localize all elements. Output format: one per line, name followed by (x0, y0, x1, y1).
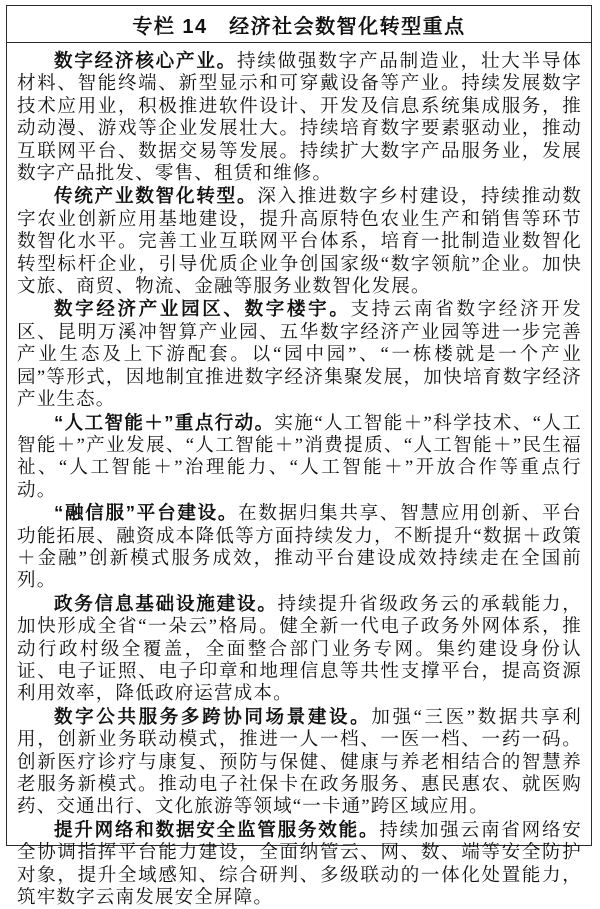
paragraph-lead: “融信服”平台建设。 (54, 502, 238, 523)
paragraph-lead: “人工智能＋”重点行动。 (54, 412, 275, 433)
paragraph-lead: 传统产业数智化转型。 (54, 185, 257, 206)
paragraph-egov-infrastructure: 政务信息基础设施建设。持续提升省级政务云的承载能力，加快形成全省“一朵云”格局。… (17, 593, 582, 706)
column-box-body: 数字经济核心产业。持续做强数字产品制造业，壮大半导体材料、智能终端、新型显示和可… (7, 43, 591, 909)
paragraph-ai-plus-actions: “人工智能＋”重点行动。实施“人工智能＋”科学技术、“人工智能＋”产业发展、“人… (17, 412, 582, 503)
paragraph-network-data-security: 提升网络和数据安全监管服务效能。持续加强云南省网络安全协调指挥平台能力建设，全面… (17, 819, 582, 909)
paragraph-rongxinfu-platform: “融信服”平台建设。在数据归集共享、智慧应用创新、平台功能拓展、融资成本降低等方… (17, 502, 582, 593)
paragraph-digital-economy-core: 数字经济核心产业。持续做强数字产品制造业，壮大半导体材料、智能终端、新型显示和可… (17, 50, 582, 185)
paragraph-lead: 数字经济产业园区、数字楼宇。 (54, 298, 351, 319)
paragraph-traditional-industry: 传统产业数智化转型。深入推进数字乡村建设，持续推动数字农业创新应用基地建设，提升… (17, 185, 582, 298)
column-title: 专栏 14 经济社会数智化转型重点 (132, 10, 465, 39)
paragraph-public-service-scenarios: 数字公共服务多跨协同场景建设。加强“三医”数据共享利用，创新业务联动模式，推进一… (17, 706, 582, 819)
paragraph-lead: 数字公共服务多跨协同场景建设。 (54, 706, 371, 727)
paragraph-lead: 政务信息基础设施建设。 (54, 593, 278, 614)
paragraph-industry-parks: 数字经济产业园区、数字楼宇。支持云南省数字经济开发区、昆明万溪冲智算产业园、五华… (17, 298, 582, 411)
paragraph-lead: 提升网络和数据安全监管服务效能。 (54, 819, 379, 840)
column-box-header: 专栏 14 经济社会数智化转型重点 (7, 6, 591, 43)
column-box: 专栏 14 经济社会数智化转型重点 数字经济核心产业。持续做强数字产品制造业，壮… (6, 5, 592, 846)
paragraph-lead: 数字经济核心产业。 (54, 50, 237, 71)
paragraph-text: 持续做强数字产品制造业，壮大半导体材料、智能终端、新型显示和可穿戴设备等产业。持… (17, 52, 582, 184)
